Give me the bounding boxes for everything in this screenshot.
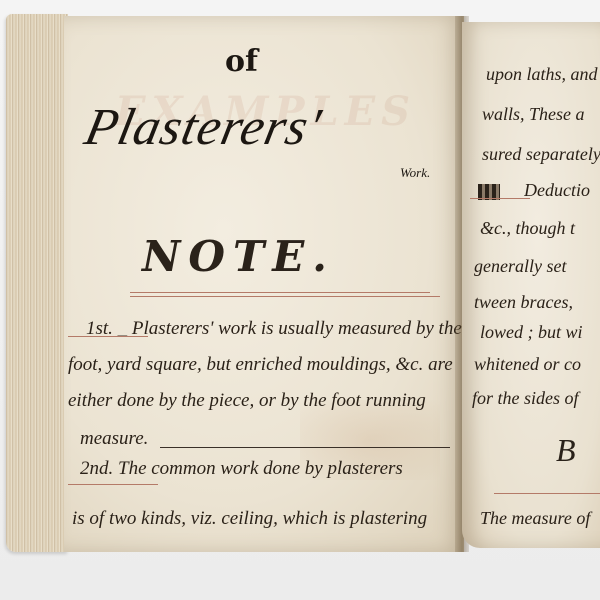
page-stack-edge [6,14,68,552]
page-title: Plasterers' [80,98,327,157]
margin-rule [68,484,158,485]
open-manuscript-book: EXAMPLES of Plasterers' Work. NOTE. 1st.… [0,0,600,600]
line-fill-rule [160,447,450,448]
decorative-initial: B [556,432,576,469]
right-line: sured separately [482,144,600,165]
right-line: whitened or co [474,354,600,375]
paragraph-1-line-2: foot, yard square, but enriched moulding… [68,354,453,376]
divider-rule [470,198,530,199]
paragraph-1-line-4: measure. [80,428,148,450]
right-line: The measure of [480,508,600,529]
right-line: lowed ; but wi [480,322,600,343]
right-line: tween braces, [474,292,600,313]
right-line: for the sides of [472,388,600,409]
right-line: upon laths, and [486,64,600,85]
right-page [462,22,600,548]
divider-rule [130,292,430,293]
right-line: generally set [474,256,600,277]
page-title-suffix: Work. [400,165,430,181]
paragraph-2-line-2: is of two kinds, viz. ceiling, which is … [72,508,427,530]
section-heading-note: NOTE. [142,232,335,281]
right-line: Deductio [524,180,600,201]
heading-of: of [225,44,258,79]
right-line: &c., though t [480,218,600,239]
divider-rule [494,493,600,494]
paragraph-2-line-1: 2nd. The common work done by plasterers [80,458,403,480]
divider-rule [130,296,440,297]
margin-rule [68,336,148,337]
right-line: walls, These a [482,104,600,125]
paragraph-1-line-3: either done by the piece, or by the foot… [68,390,426,412]
